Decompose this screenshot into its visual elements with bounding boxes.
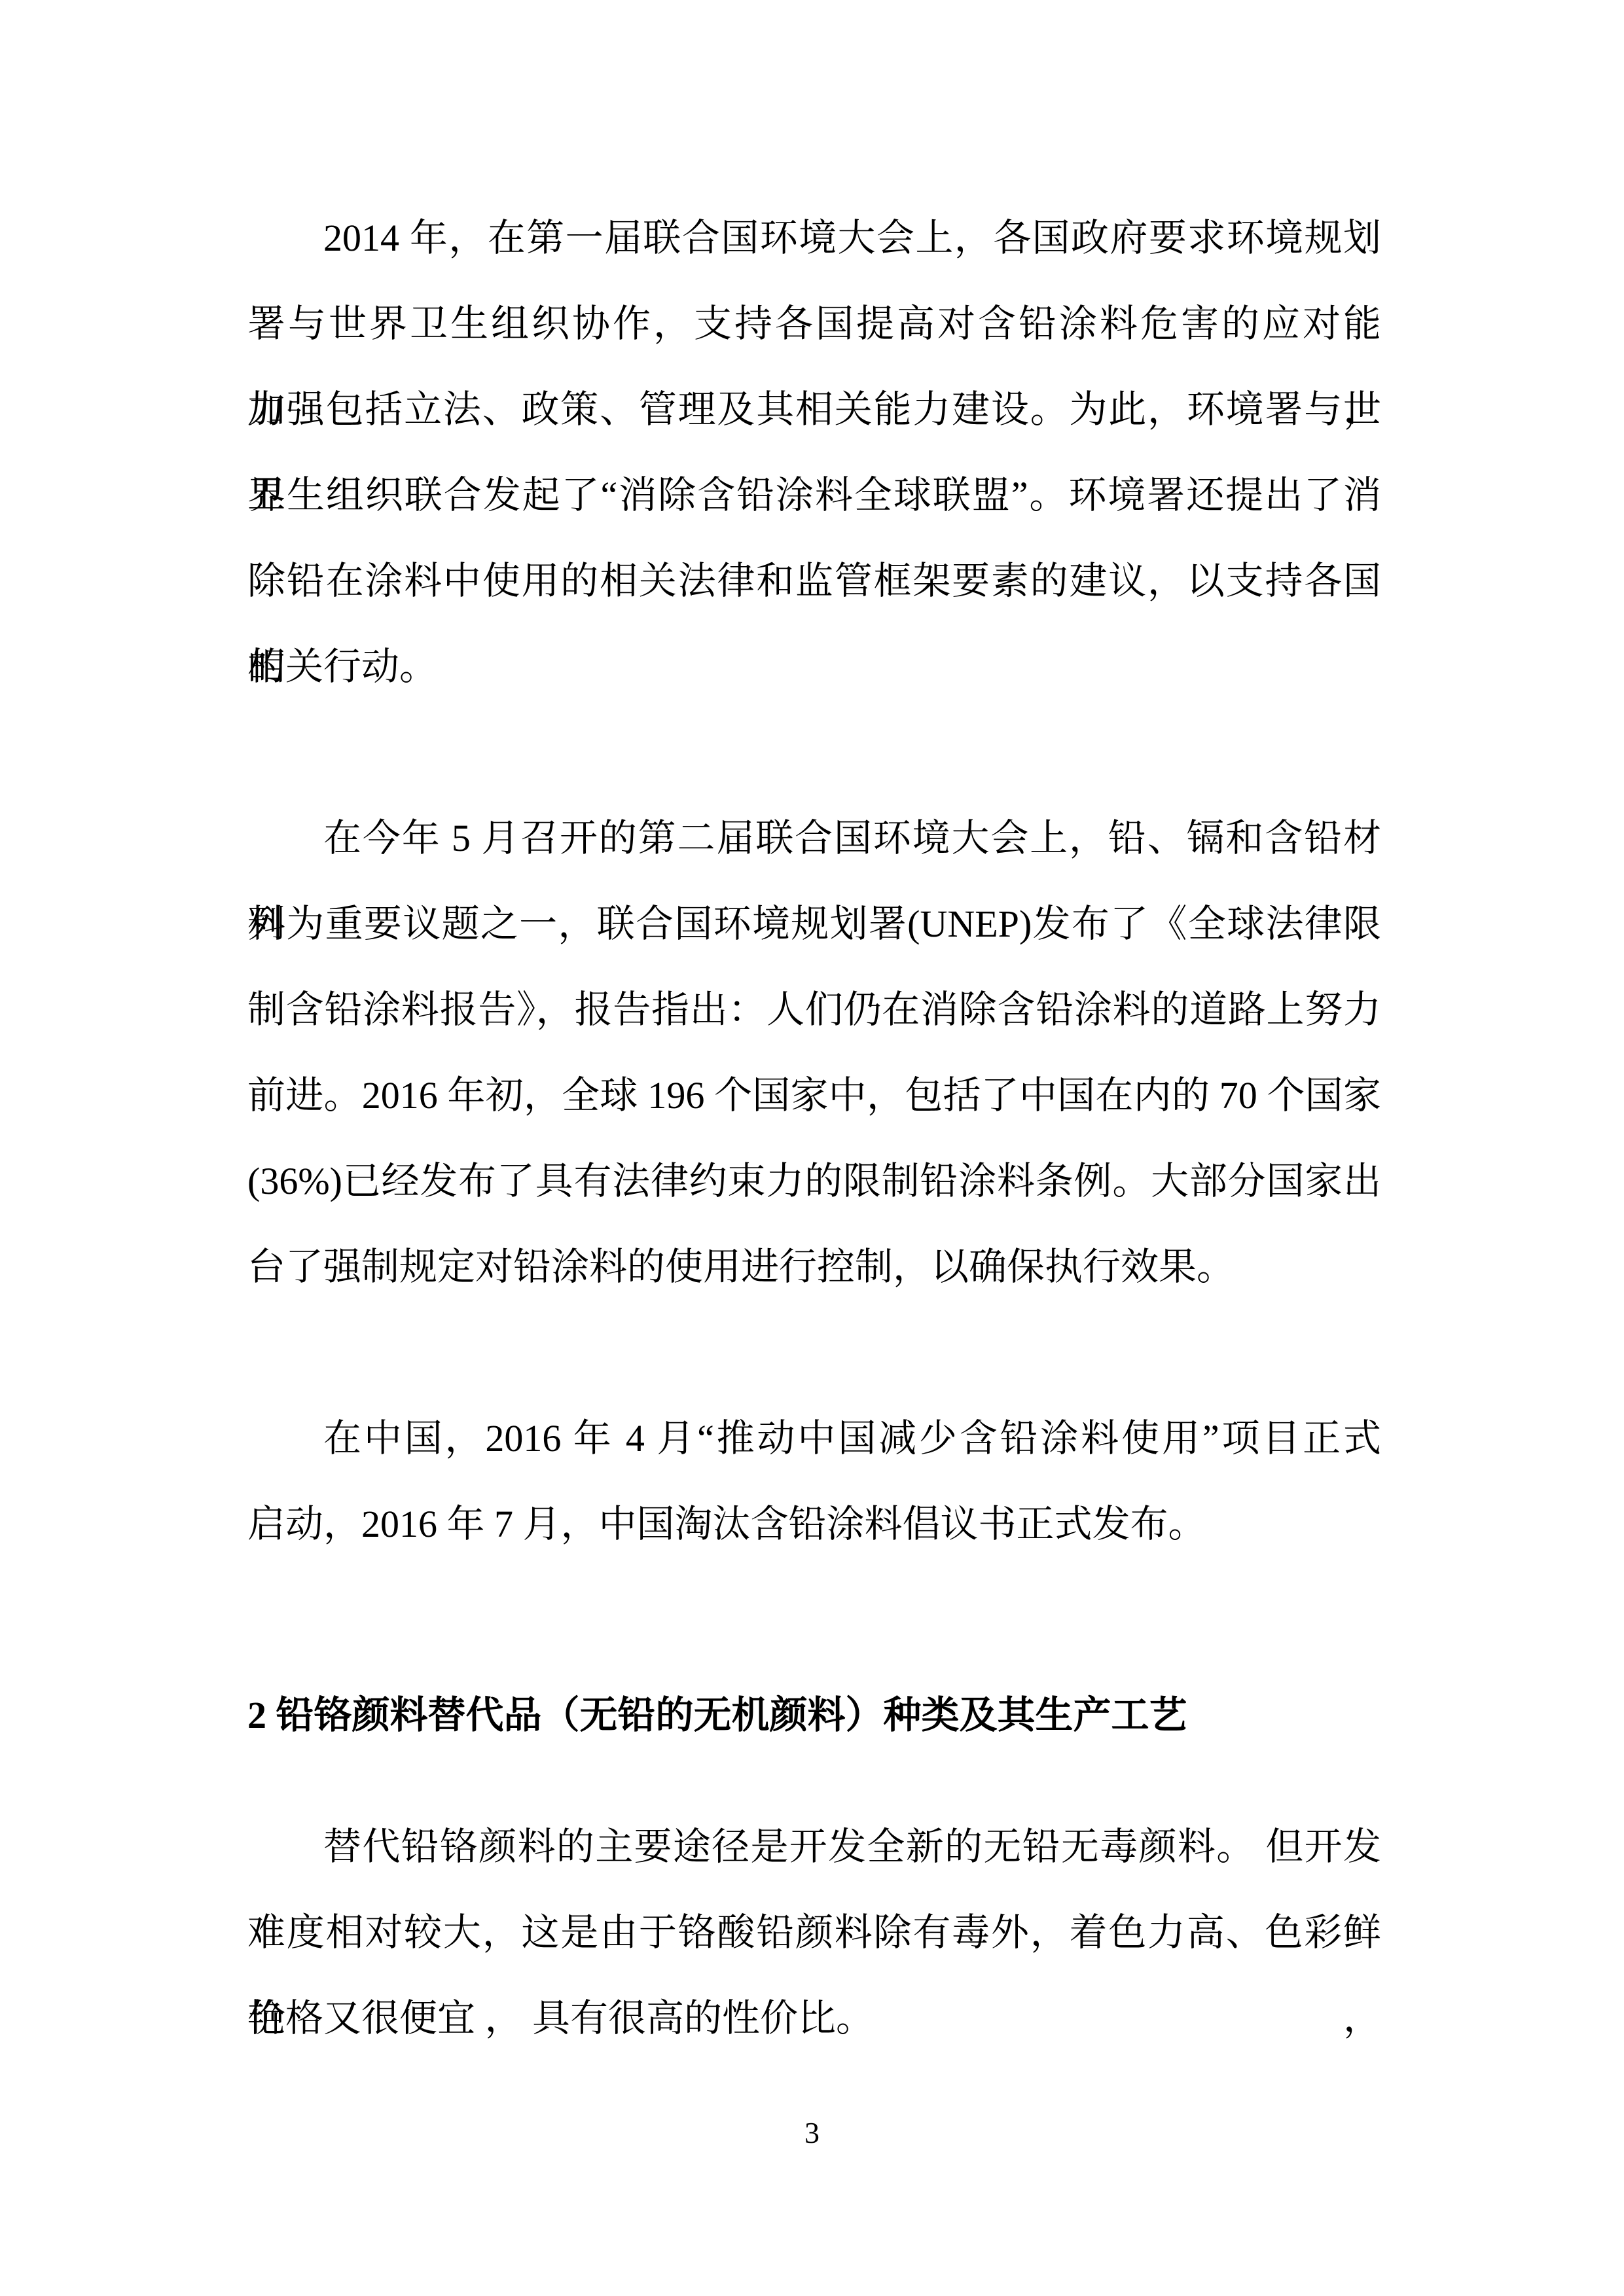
- text-line: 在中国，2016 年 4 月“推动中国减少含铅涂料使用”项目正式: [247, 1395, 1381, 1481]
- text-line: 卫生组织联合发起了“消除含铅涂料全球联盟”。环境署还提出了消: [247, 452, 1381, 538]
- text-line: 前进。2016 年初，全球 196 个国家中，包括了中国在内的 70 个国家: [247, 1052, 1381, 1138]
- paragraph-2: 在今年 5 月召开的第二届联合国环境大会上，铅、镉和含铅材料 列为重要议题之一，…: [247, 795, 1381, 1310]
- text-line: 台了强制规定对铅涂料的使用进行控制，以确保执行效果。: [247, 1224, 1381, 1310]
- paragraph-3: 在中国，2016 年 4 月“推动中国减少含铅涂料使用”项目正式 启动，2016…: [247, 1395, 1381, 1567]
- text-line: 除铅在涂料中使用的相关法律和监管框架要素的建议，以支持各国的: [247, 538, 1381, 624]
- text-line: 列为重要议题之一，联合国环境规划署(UNEP)发布了《全球法律限: [247, 881, 1381, 967]
- text-line: 在今年 5 月召开的第二届联合国环境大会上，铅、镉和含铅材料: [247, 795, 1381, 881]
- text-line: 署与世界卫生组织协作，支持各国提高对含铅涂料危害的应对能力，: [247, 281, 1381, 367]
- text-line: 相关行动。: [247, 624, 1381, 709]
- document-page: 2014 年，在第一届联合国环境大会上，各国政府要求环境规划 署与世界卫生组织协…: [0, 0, 1624, 2296]
- text-line: 启动，2016 年 7 月，中国淘汰含铅涂料倡议书正式发布。: [247, 1481, 1381, 1567]
- text-line: 制含铅涂料报告》，报告指出：人们仍在消除含铅涂料的道路上努力: [247, 967, 1381, 1052]
- text-line: 2014 年，在第一届联合国环境大会上，各国政府要求环境规划: [247, 195, 1381, 281]
- paragraph-4: 替代铅铬颜料的主要途径是开发全新的无铅无毒颜料。 但开发 难度相对较大，这是由于…: [247, 1804, 1381, 2061]
- text-line: 加强包括立法、政策、管理及其相关能力建设。为此，环境署与世界: [247, 367, 1381, 452]
- text-line: (36%)已经发布了具有法律约束力的限制铅涂料条例。大部分国家出: [247, 1138, 1381, 1224]
- text-line: 替代铅铬颜料的主要途径是开发全新的无铅无毒颜料。 但开发: [247, 1804, 1381, 1890]
- page-number: 3: [804, 2116, 820, 2149]
- section-heading: 2 铅铬颜料替代品（无铅的无机颜料）种类及其生产工艺: [247, 1653, 1381, 1758]
- document-content: 2014 年，在第一届联合国环境大会上，各国政府要求环境规划 署与世界卫生组织协…: [247, 195, 1381, 2147]
- text-line: 难度相对较大，这是由于铬酸铅颜料除有毒外，着色力高、色彩鲜艳 ，: [247, 1890, 1381, 1975]
- paragraph-1: 2014 年，在第一届联合国环境大会上，各国政府要求环境规划 署与世界卫生组织协…: [247, 195, 1381, 709]
- page-footer: 3: [0, 2116, 1624, 2150]
